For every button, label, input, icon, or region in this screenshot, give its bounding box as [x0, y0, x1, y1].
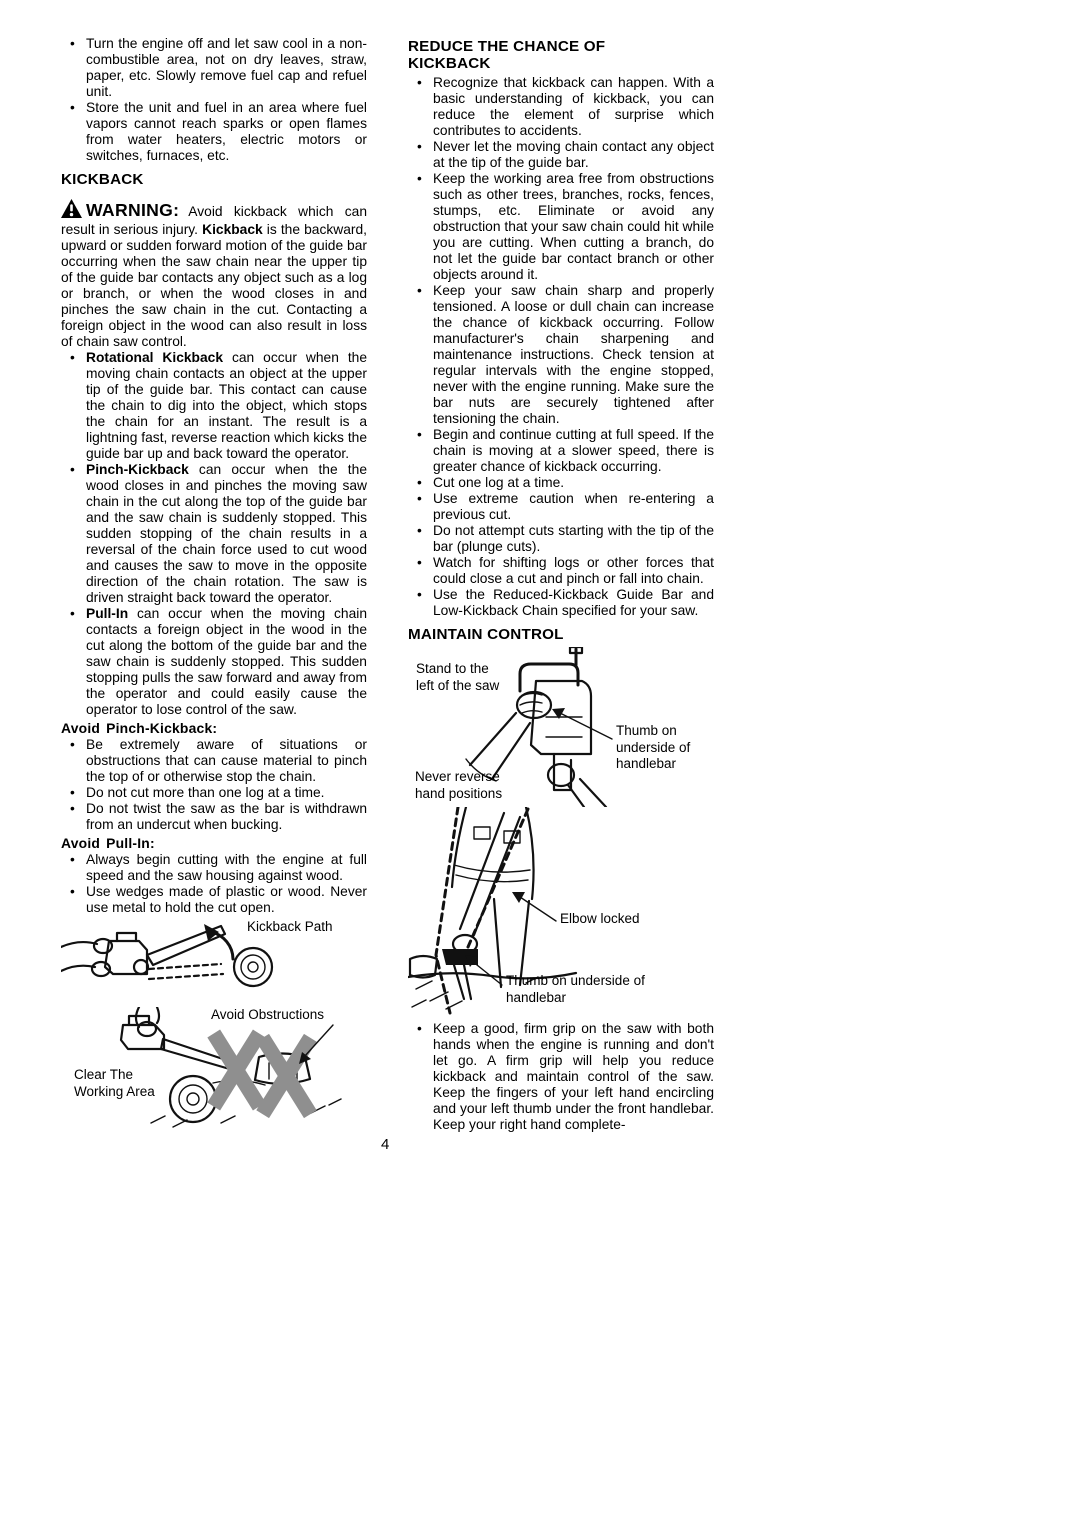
left-column: Turn the engine off and let saw cool in … — [61, 36, 367, 1135]
page-number: 4 — [381, 1136, 389, 1153]
list-item: Begin and continue cutting at full speed… — [408, 427, 714, 475]
warning-text: is the backward, upward or sudden forwar… — [61, 222, 367, 349]
kickback-path-figure: Kickback Path — [61, 919, 367, 1005]
elbow-locked-label: Elbow locked — [560, 911, 640, 928]
hand-grip-figure: Stand to the left of the saw Thumb on un… — [408, 647, 714, 807]
list-item: Rotational Kickback can occur when the m… — [61, 350, 367, 462]
list-item: Use extreme caution when re-entering a p… — [408, 491, 714, 523]
list-item: Use the Reduced-Kickback Guide Bar and L… — [408, 587, 714, 619]
list-item: Watch for shifting logs or other forces … — [408, 555, 714, 587]
list-item: Keep the working area free from obstruct… — [408, 171, 714, 283]
manual-page: Turn the engine off and let saw cool in … — [0, 0, 1080, 1526]
list-item: Turn the engine off and let saw cool in … — [61, 36, 367, 100]
avoid-obstructions-label: Avoid Obstructions — [211, 1007, 324, 1024]
list-item: Do not attempt cuts starting with the ti… — [408, 523, 714, 555]
list-item: Never let the moving chain contact any o… — [408, 139, 714, 171]
kickback-heading: KICKBACK — [61, 171, 367, 188]
list-item: Always begin cutting with the engine at … — [61, 852, 367, 884]
reduce-kickback-heading: REDUCE THE CHANCE OF KICKBACK — [408, 38, 714, 72]
stand-left-label: Stand to the left of the saw — [416, 661, 499, 694]
thumb-underside-label: Thumb on underside of handlebar — [616, 723, 690, 773]
warning-paragraph: WARNING:Avoid kickback which can result … — [61, 199, 367, 350]
list-item: Pull-In can occur when the moving chain … — [61, 606, 367, 718]
right-column: REDUCE THE CHANCE OF KICKBACK Recognize … — [408, 36, 714, 1133]
kickback-path-label: Kickback Path — [247, 919, 333, 936]
reduce-kickback-list: Recognize that kickback can happen. With… — [408, 75, 714, 619]
list-item: Keep your saw chain sharp and properly t… — [408, 283, 714, 427]
pointer-arrow-icon — [512, 892, 525, 903]
warning-label: WARNING: — [86, 200, 179, 220]
list-item: Store the unit and fuel in an area where… — [61, 100, 367, 164]
clear-working-area-label: Clear The Working Area — [74, 1067, 155, 1100]
thumb-underside-label: Thumb on underside of handlebar — [506, 973, 645, 1006]
warning-bold-term: Kickback — [198, 222, 263, 237]
maintain-control-heading: MAINTAIN CONTROL — [408, 626, 714, 643]
clear-working-area-figure: Avoid Obstructions Clear The Working Are… — [61, 1007, 367, 1135]
term-text: can occur when the the wood closes in an… — [86, 462, 367, 605]
x-mark-icon — [207, 1030, 316, 1119]
avoid-pullin-heading: Avoid Pull-In: — [61, 835, 367, 852]
avoid-pinch-heading: Avoid Pinch-Kickback: — [61, 720, 367, 737]
list-item: Cut one log at a time. — [408, 475, 714, 491]
firm-grip-list: Keep a good, firm grip on the saw with b… — [408, 1021, 714, 1133]
list-item: Pinch-Kickback can occur when the the wo… — [61, 462, 367, 606]
list-item: Be extremely aware of situations or obst… — [61, 737, 367, 785]
stance-figure: Elbow locked Thumb on underside of handl… — [408, 807, 714, 1015]
never-reverse-label: Never reverse hand positions — [415, 769, 502, 802]
term-text: can occur when the moving chain contacts… — [86, 606, 367, 717]
fuel-safety-list: Turn the engine off and let saw cool in … — [61, 36, 367, 164]
term: Rotational Kickback — [86, 350, 223, 365]
term: Pull-In — [86, 606, 128, 621]
list-item: Do not twist the saw as the bar is withd… — [61, 801, 367, 833]
warning-icon — [61, 199, 82, 222]
kickback-types-list: Rotational Kickback can occur when the m… — [61, 350, 367, 718]
list-item: Recognize that kickback can happen. With… — [408, 75, 714, 139]
term: Pinch-Kickback — [86, 462, 189, 477]
list-item: Use wedges made of plastic or wood. Neve… — [61, 884, 367, 916]
list-item: Do not cut more than one log at a time. — [61, 785, 367, 801]
term-text: can occur when the moving chain contacts… — [86, 350, 367, 461]
avoid-pullin-list: Always begin cutting with the engine at … — [61, 852, 367, 916]
list-item: Keep a good, firm grip on the saw with b… — [408, 1021, 714, 1133]
avoid-pinch-list: Be extremely aware of situations or obst… — [61, 737, 367, 833]
